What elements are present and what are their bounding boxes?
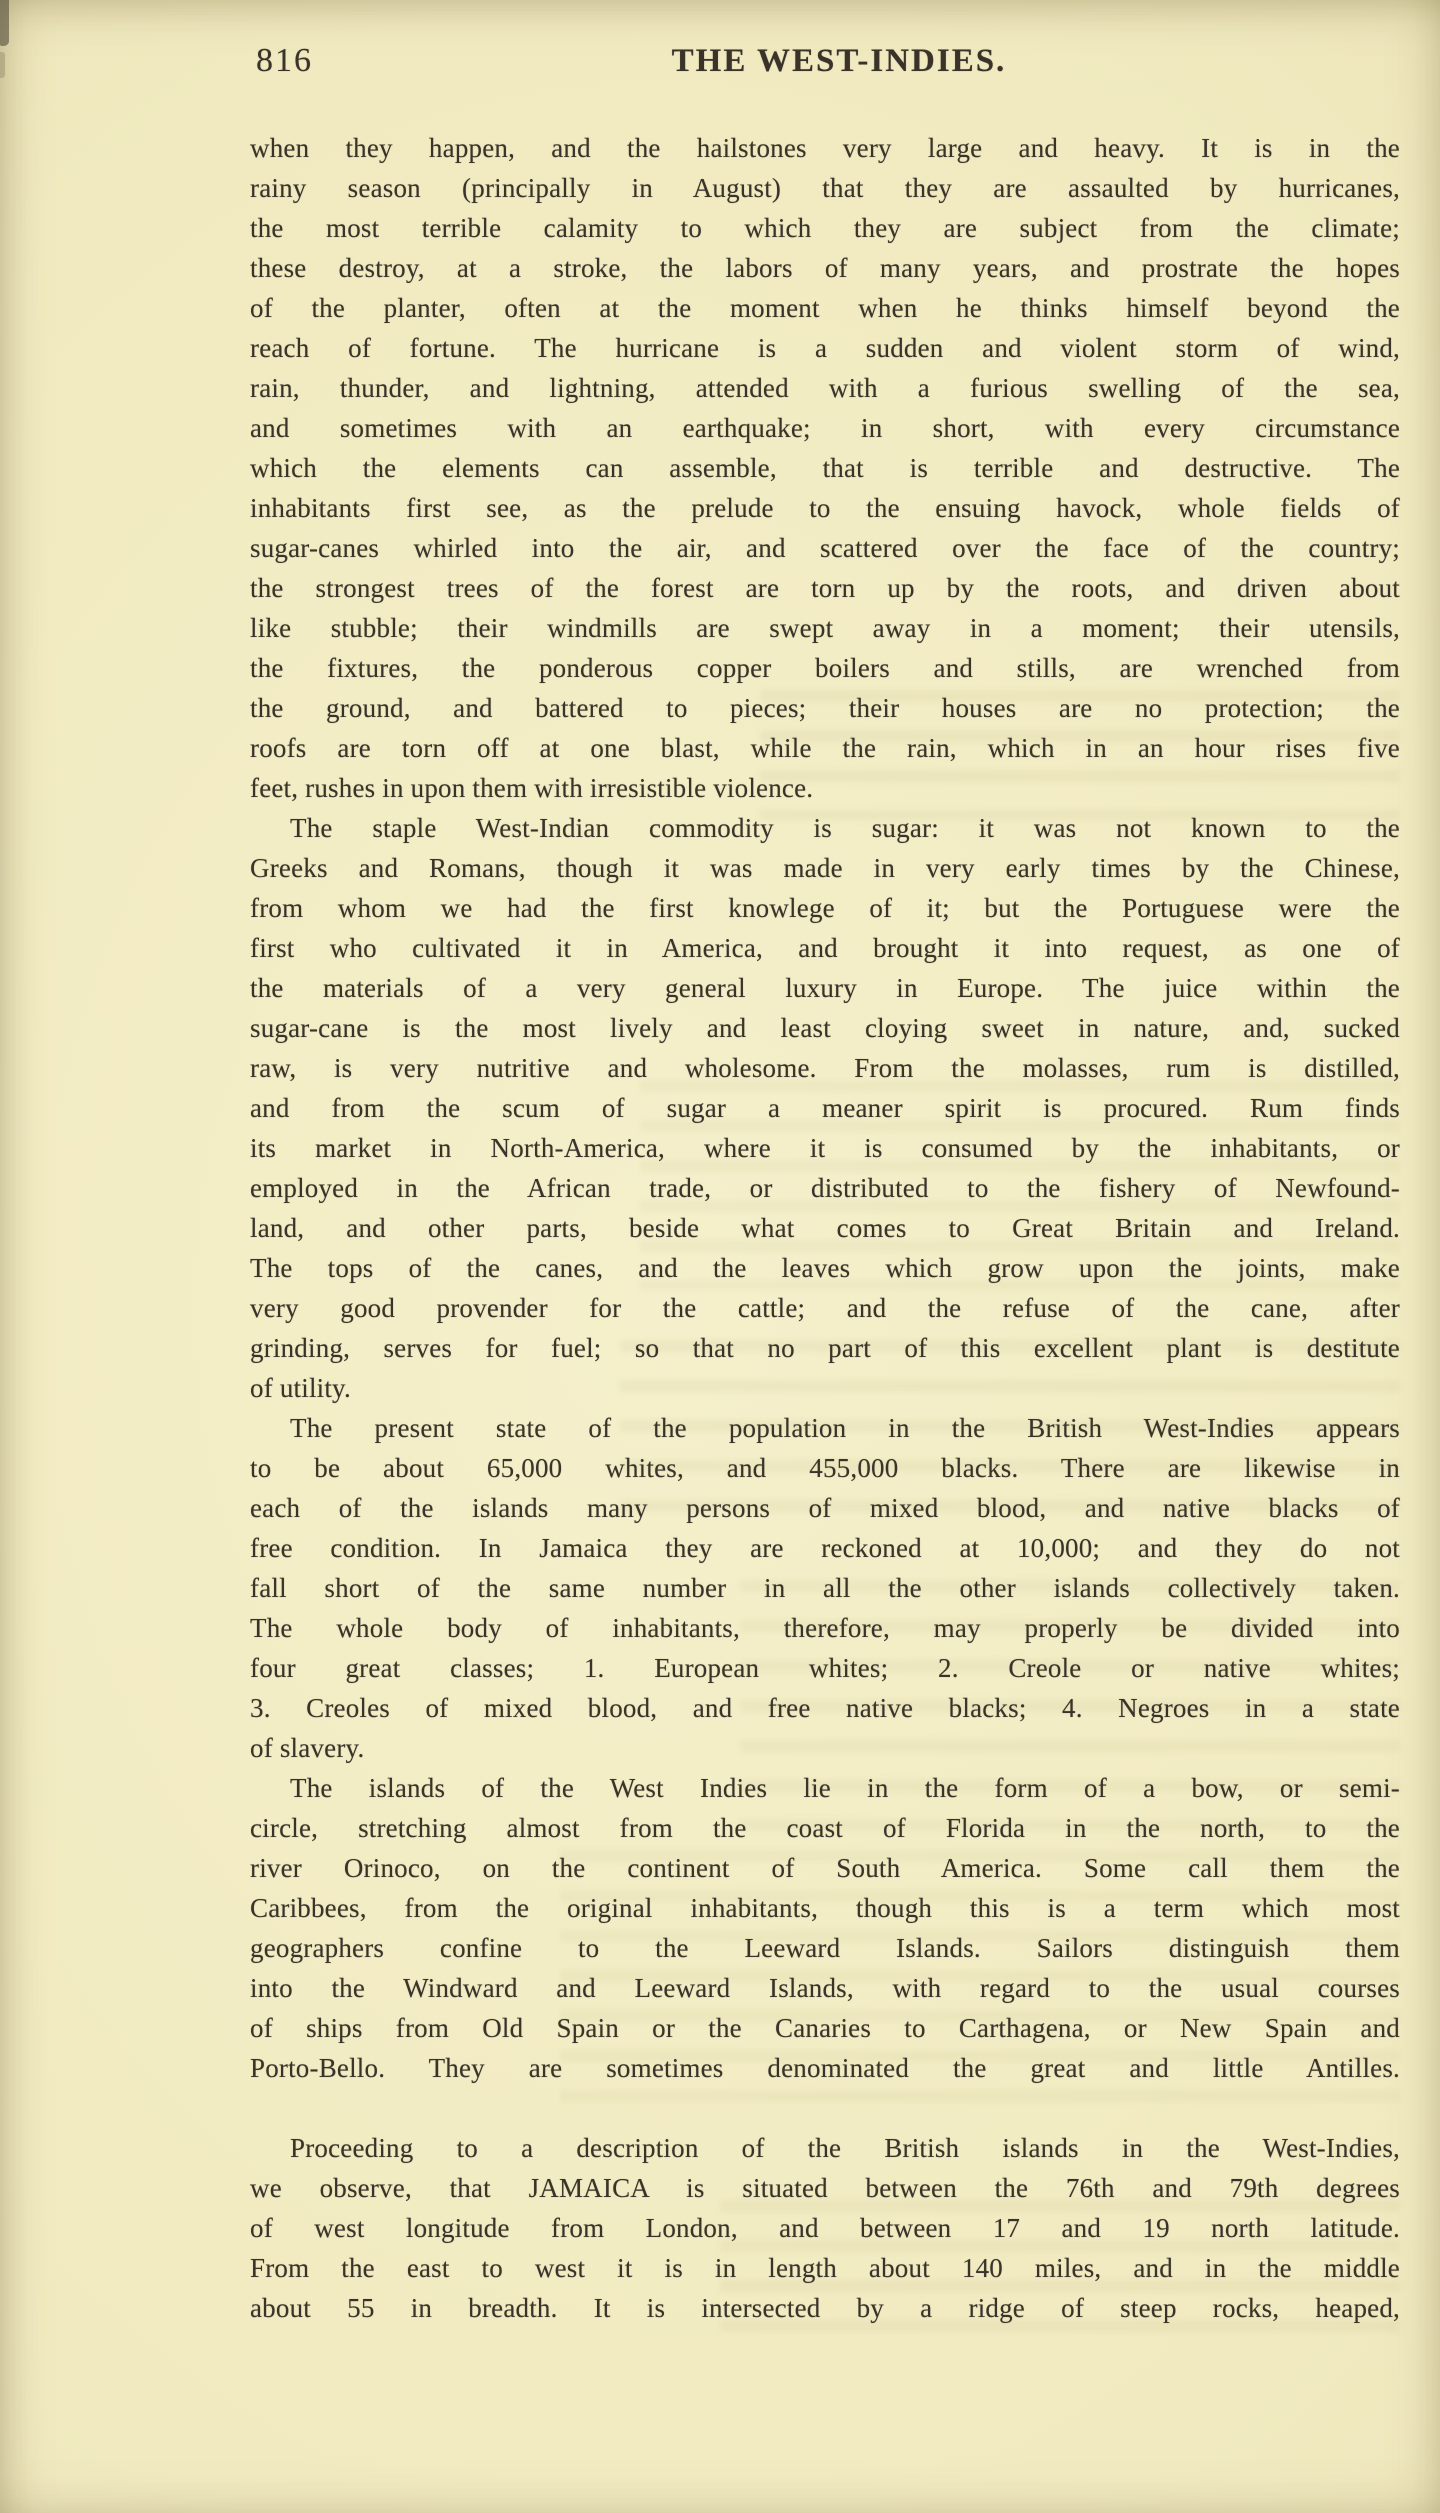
text-line: very good provender for the cattle; and … xyxy=(250,1288,1400,1328)
text-line: from whom we had the first knowlege of i… xyxy=(250,888,1400,928)
text-line: rain, thunder, and lightning, attended w… xyxy=(250,368,1400,408)
text-line: inhabitants first see, as the prelude to… xyxy=(250,488,1400,528)
paragraph: The islands of the West Indies lie in th… xyxy=(250,1768,1400,2088)
text-line: we observe, that JAMAICA is situated bet… xyxy=(250,2168,1400,2208)
text-line: the materials of a very general luxury i… xyxy=(250,968,1400,1008)
text-line: land, and other parts, beside what comes… xyxy=(250,1208,1400,1248)
text-line: reach of fortune. The hurricane is a sud… xyxy=(250,328,1400,368)
paragraph: when they happen, and the hailstones ver… xyxy=(250,128,1400,808)
text-line: The whole body of inhabitants, therefore… xyxy=(250,1608,1400,1648)
text-line: Porto-Bello. They are sometimes denomina… xyxy=(250,2048,1400,2088)
text-line: four great classes; 1. European whites; … xyxy=(250,1648,1400,1688)
text-line: The tops of the canes, and the leaves wh… xyxy=(250,1248,1400,1288)
text-line: when they happen, and the hailstones ver… xyxy=(250,128,1400,168)
paragraph: Proceeding to a description of the Briti… xyxy=(250,2128,1400,2328)
text-line: From the east to west it is in length ab… xyxy=(250,2248,1400,2288)
text-line: Greeks and Romans, though it was made in… xyxy=(250,848,1400,888)
text-line: each of the islands many persons of mixe… xyxy=(250,1488,1400,1528)
text-line: and sometimes with an earthquake; in sho… xyxy=(250,408,1400,448)
text-line: its market in North-America, where it is… xyxy=(250,1128,1400,1168)
book-page: 816 THE WEST-INDIES. when they happen, a… xyxy=(0,0,1440,2513)
text-line: like stubble; their windmills are swept … xyxy=(250,608,1400,648)
text-block: when they happen, and the hailstones ver… xyxy=(250,128,1400,2328)
text-line: sugar-canes whirled into the air, and sc… xyxy=(250,528,1400,568)
text-line: river Orinoco, on the continent of South… xyxy=(250,1848,1400,1888)
text-line: The present state of the population in t… xyxy=(250,1408,1400,1448)
text-line: of the planter, often at the moment when… xyxy=(250,288,1400,328)
text-line: free condition. In Jamaica they are reck… xyxy=(250,1528,1400,1568)
text-line: raw, is very nutritive and wholesome. Fr… xyxy=(250,1048,1400,1088)
page-header: 816 THE WEST-INDIES. xyxy=(250,42,1400,84)
text-line: these destroy, at a stroke, the labors o… xyxy=(250,248,1400,288)
page-number: 816 xyxy=(256,42,313,80)
text-line: rainy season (principally in August) tha… xyxy=(250,168,1400,208)
text-line: Caribbees, from the original inhabitants… xyxy=(250,1888,1400,1928)
scan-edge-mark xyxy=(0,0,9,46)
text-line: fall short of the same number in all the… xyxy=(250,1568,1400,1608)
text-line: feet, rushes in upon them with irresisti… xyxy=(250,768,1400,808)
paragraph: The staple West-Indian commodity is suga… xyxy=(250,808,1400,1408)
text-line: of west longitude from London, and betwe… xyxy=(250,2208,1400,2248)
text-line: of utility. xyxy=(250,1368,1400,1408)
text-line: roofs are torn off at one blast, while t… xyxy=(250,728,1400,768)
text-line: the ground, and battered to pieces; thei… xyxy=(250,688,1400,728)
text-line: to be about 65,000 whites, and 455,000 b… xyxy=(250,1448,1400,1488)
text-line: the fixtures, the ponderous copper boile… xyxy=(250,648,1400,688)
text-line: grinding, serves for fuel; so that no pa… xyxy=(250,1328,1400,1368)
text-line: which the elements can assemble, that is… xyxy=(250,448,1400,488)
text-line: the strongest trees of the forest are to… xyxy=(250,568,1400,608)
text-line: first who cultivated it in America, and … xyxy=(250,928,1400,968)
text-line: sugar-cane is the most lively and least … xyxy=(250,1008,1400,1048)
scan-edge-mark xyxy=(0,52,5,78)
text-line: The staple West-Indian commodity is suga… xyxy=(250,808,1400,848)
text-line: geographers confine to the Leeward Islan… xyxy=(250,1928,1400,1968)
text-line: into the Windward and Leeward Islands, w… xyxy=(250,1968,1400,2008)
text-line: 3. Creoles of mixed blood, and free nati… xyxy=(250,1688,1400,1728)
text-line: of ships from Old Spain or the Canaries … xyxy=(250,2008,1400,2048)
text-line: circle, stretching almost from the coast… xyxy=(250,1808,1400,1848)
text-line: the most terrible calamity to which they… xyxy=(250,208,1400,248)
text-line: Proceeding to a description of the Briti… xyxy=(250,2128,1400,2168)
running-title: THE WEST-INDIES. xyxy=(250,42,1400,80)
text-line: about 55 in breadth. It is intersected b… xyxy=(250,2288,1400,2328)
text-line: and from the scum of sugar a meaner spir… xyxy=(250,1088,1400,1128)
paragraph: The present state of the population in t… xyxy=(250,1408,1400,1768)
text-line: The islands of the West Indies lie in th… xyxy=(250,1768,1400,1808)
text-line: of slavery. xyxy=(250,1728,1400,1768)
text-line: employed in the African trade, or distri… xyxy=(250,1168,1400,1208)
